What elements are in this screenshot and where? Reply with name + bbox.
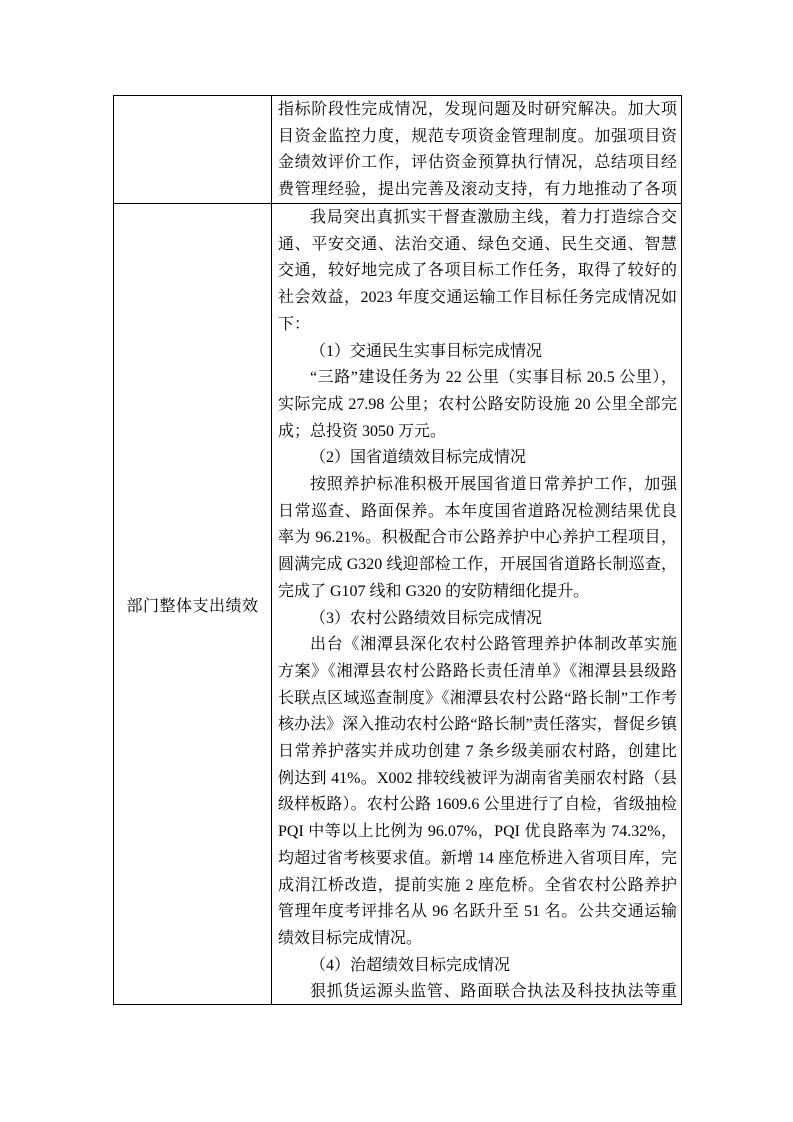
- table-row-overall-expenditure-performance: 部门整体支出绩效 我局突出真抓实干督查激励主线，着力打造综合交通、平安交通、法治…: [114, 204, 681, 1004]
- paragraph: （2）国省道绩效目标完成情况: [278, 445, 677, 472]
- paragraph: （3）农村公路绩效目标完成情况: [278, 606, 677, 633]
- paragraph: （1）交通民生实事目标完成情况: [278, 339, 677, 366]
- paragraph: 出台《湘潭县深化农村公路管理养护体制改革实施方案》《湘潭县农村公路路长责任清单》…: [278, 632, 677, 952]
- performance-report-table: 指标阶段性完成情况，发现问题及时研究解决。加大项目资金监控力度，规范专项资金管理…: [113, 95, 682, 1005]
- document-page: 指标阶段性完成情况，发现问题及时研究解决。加大项目资金监控力度，规范专项资金管理…: [0, 0, 793, 1122]
- row-label-cell-empty: [114, 96, 272, 203]
- row-label-cell: 部门整体支出绩效: [114, 204, 272, 1004]
- paragraph: 指标阶段性完成情况，发现问题及时研究解决。加大项目资金监控力度，规范专项资金管理…: [278, 97, 677, 203]
- paragraph: （4）治超绩效目标完成情况: [278, 953, 677, 980]
- row-content-cell: 我局突出真抓实干督查激励主线，着力打造综合交通、平安交通、法治交通、绿色交通、民…: [272, 204, 681, 1004]
- table-row-continuation: 指标阶段性完成情况，发现问题及时研究解决。加大项目资金监控力度，规范专项资金管理…: [114, 96, 681, 204]
- paragraph: 狠抓货运源头监管、路面联合执法及科技执法等重要环节，2023 年我县超限超载率实…: [278, 979, 677, 1004]
- row-content-cell: 指标阶段性完成情况，发现问题及时研究解决。加大项目资金监控力度，规范专项资金管理…: [272, 96, 681, 203]
- paragraph: 按照养护标准积极开展国省道日常养护工作，加强日常巡查、路面保养。本年度国省道路况…: [278, 472, 677, 606]
- paragraph: 我局突出真抓实干督查激励主线，着力打造综合交通、平安交通、法治交通、绿色交通、民…: [278, 205, 677, 339]
- paragraph: “三路”建设任务为 22 公里（实事目标 20.5 公里），实际完成 27.98…: [278, 365, 677, 445]
